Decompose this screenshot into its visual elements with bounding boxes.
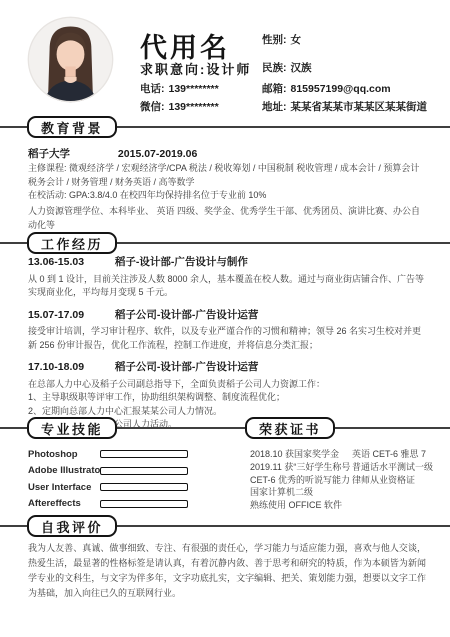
email-label: 邮箱: (262, 83, 287, 95)
email-value: 815957199@qq.com (291, 83, 391, 95)
evaluation-section-title-box: 自我评价 (27, 515, 117, 537)
gender-row: 性别:女 (262, 32, 301, 47)
school-name: 稻子大学 (28, 146, 112, 161)
entry-period: 13.06-15.03 (28, 256, 112, 270)
entry-role: 稻子公司-设计部-广告设计运营 (115, 361, 259, 373)
skill-name: Adobe Illustrator (28, 465, 100, 476)
skill-row: Aftereffects (28, 496, 200, 513)
certificate-item: 2019.11 获“三好学生称号 (250, 461, 350, 474)
skills-section-title-box: 专业技能 (27, 417, 117, 439)
job-intention: 求职意向:设计师 (140, 59, 251, 78)
entry-title: 15.07-17.09 稻子公司-设计部-广告设计运营 (28, 309, 425, 323)
wechat-row: 微信:139******** (140, 99, 219, 114)
phone-value: 139******** (169, 83, 219, 95)
avatar-illustration (27, 16, 114, 103)
gender-value: 女 (291, 34, 302, 46)
experience-section-title: 工作经历 (41, 234, 103, 253)
certificates-column-2: 英语 CET-6 雅思 7 普通话水平测试一级 律师从业资格证 (352, 448, 433, 486)
entry-description: 从 0 到 1 设计，目前关注涉及人数 8000 余人，基本覆盖在校人数。通过与… (28, 273, 425, 300)
evaluation-section-title: 自我评价 (41, 517, 103, 536)
skill-row: Photoshop (28, 446, 200, 463)
experience-entry: 13.06-15.03 稻子-设计部-广告设计与制作 从 0 到 1 设计，目前… (28, 256, 425, 300)
profile-photo (27, 16, 114, 103)
email-row: 邮箱:815957199@qq.com (262, 81, 391, 96)
certificate-item: 2018.10 获国家奖学金 (250, 448, 350, 461)
certificates-section-title-box: 荣获证书 (245, 417, 335, 439)
evaluation-section-header: 自我评价 (0, 515, 450, 537)
skill-bar (100, 483, 188, 491)
phone-label: 电话: (140, 83, 165, 95)
resume-page: 代用名 求职意向:设计师 电话:139******** 微信:139******… (0, 0, 450, 637)
entry-title: 17.10-18.09 稻子公司-设计部-广告设计运营 (28, 361, 425, 375)
entry-period: 15.07-17.09 (28, 309, 112, 323)
skill-row: User Interface (28, 479, 200, 496)
certificates-column-1: 2018.10 获国家奖学金 2019.11 获“三好学生称号 CET-6 优秀… (250, 448, 350, 512)
education-section-title: 教育背景 (41, 118, 103, 137)
entry-role: 稻子公司-设计部-广告设计运营 (115, 309, 259, 321)
phone-row: 电话:139******** (140, 81, 219, 96)
address-value: 某某省某某市某某区某某街道 (291, 101, 428, 113)
education-section-title-box: 教育背景 (27, 116, 117, 138)
experience-entries: 13.06-15.03 稻子-设计部-广告设计与制作 从 0 到 1 设计，目前… (28, 256, 425, 441)
certificate-item: CET-6 优秀的听说写能力 (250, 474, 350, 487)
address-label: 地址: (262, 101, 287, 113)
certificate-item: 律师从业资格证 (352, 474, 433, 487)
skills-section-title: 专业技能 (41, 419, 103, 438)
certificate-item: 英语 CET-6 雅思 7 (352, 448, 433, 461)
certificates-section-title: 荣获证书 (259, 419, 321, 438)
skill-name: Aftereffects (28, 498, 100, 509)
evaluation-text: 我为人友善、真诚、做事细致、专注、有很强的责任心，学习能力与适应能力强，喜欢与他… (28, 541, 426, 601)
education-details: 主修课程: 微观经济学 / 宏观经济学/CPA 税法 / 税收筹划 / 中国税制… (28, 162, 424, 203)
education-section-header: 教育背景 (0, 116, 450, 138)
skills-certs-section-header: 专业技能 荣获证书 (0, 417, 450, 439)
skill-name: Photoshop (28, 449, 100, 460)
certificate-item: 熟练使用 OFFICE 软件 (250, 499, 350, 512)
education-school-row: 稻子大学 2015.07-2019.06 (28, 146, 197, 161)
wechat-value: 139******** (169, 101, 219, 113)
experience-entry: 15.07-17.09 稻子公司-设计部-广告设计运营 接受审计培训，学习审计程… (28, 309, 425, 353)
skills-list: Photoshop Adobe Illustrator User Interfa… (28, 446, 200, 512)
entry-period: 17.10-18.09 (28, 361, 112, 375)
gender-label: 性别: (262, 34, 287, 46)
ethnicity-row: 民族:汉族 (262, 60, 312, 75)
skill-bar (100, 500, 188, 508)
entry-description: 接受审计培训，学习审计程序、软件，以及专业严谨合作的习惯和精神；领导 26 名实… (28, 325, 425, 352)
skill-bar (100, 450, 188, 458)
experience-section-title-box: 工作经历 (27, 232, 117, 254)
ethnicity-value: 汉族 (291, 62, 312, 74)
certificate-item: 国家计算机二级 (250, 486, 350, 499)
address-row: 地址:某某省某某市某某区某某街道 (262, 99, 427, 114)
skill-row: Adobe Illustrator (28, 463, 200, 480)
skill-name: User Interface (28, 482, 100, 493)
entry-title: 13.06-15.03 稻子-设计部-广告设计与制作 (28, 256, 425, 270)
ethnicity-label: 民族: (262, 62, 287, 74)
certificate-item: 普通话水平测试一级 (352, 461, 433, 474)
entry-role: 稻子-设计部-广告设计与制作 (115, 256, 248, 268)
education-honors: 人力资源管理学位、本科毕业、 英语 四级、奖学金、优秀学生干部、优秀团员、演讲比… (28, 205, 424, 232)
experience-section-header: 工作经历 (0, 232, 450, 254)
wechat-label: 微信: (140, 101, 165, 113)
skill-bar (100, 467, 188, 475)
education-courses: 主修课程: 微观经济学 / 宏观经济学/CPA 税法 / 税收筹划 / 中国税制… (28, 162, 424, 189)
education-activities: 在校活动: GPA:3.8/4.0 在校四年均保持排名位于专业前 10% (28, 189, 424, 203)
education-period: 2015.07-2019.06 (118, 148, 197, 160)
